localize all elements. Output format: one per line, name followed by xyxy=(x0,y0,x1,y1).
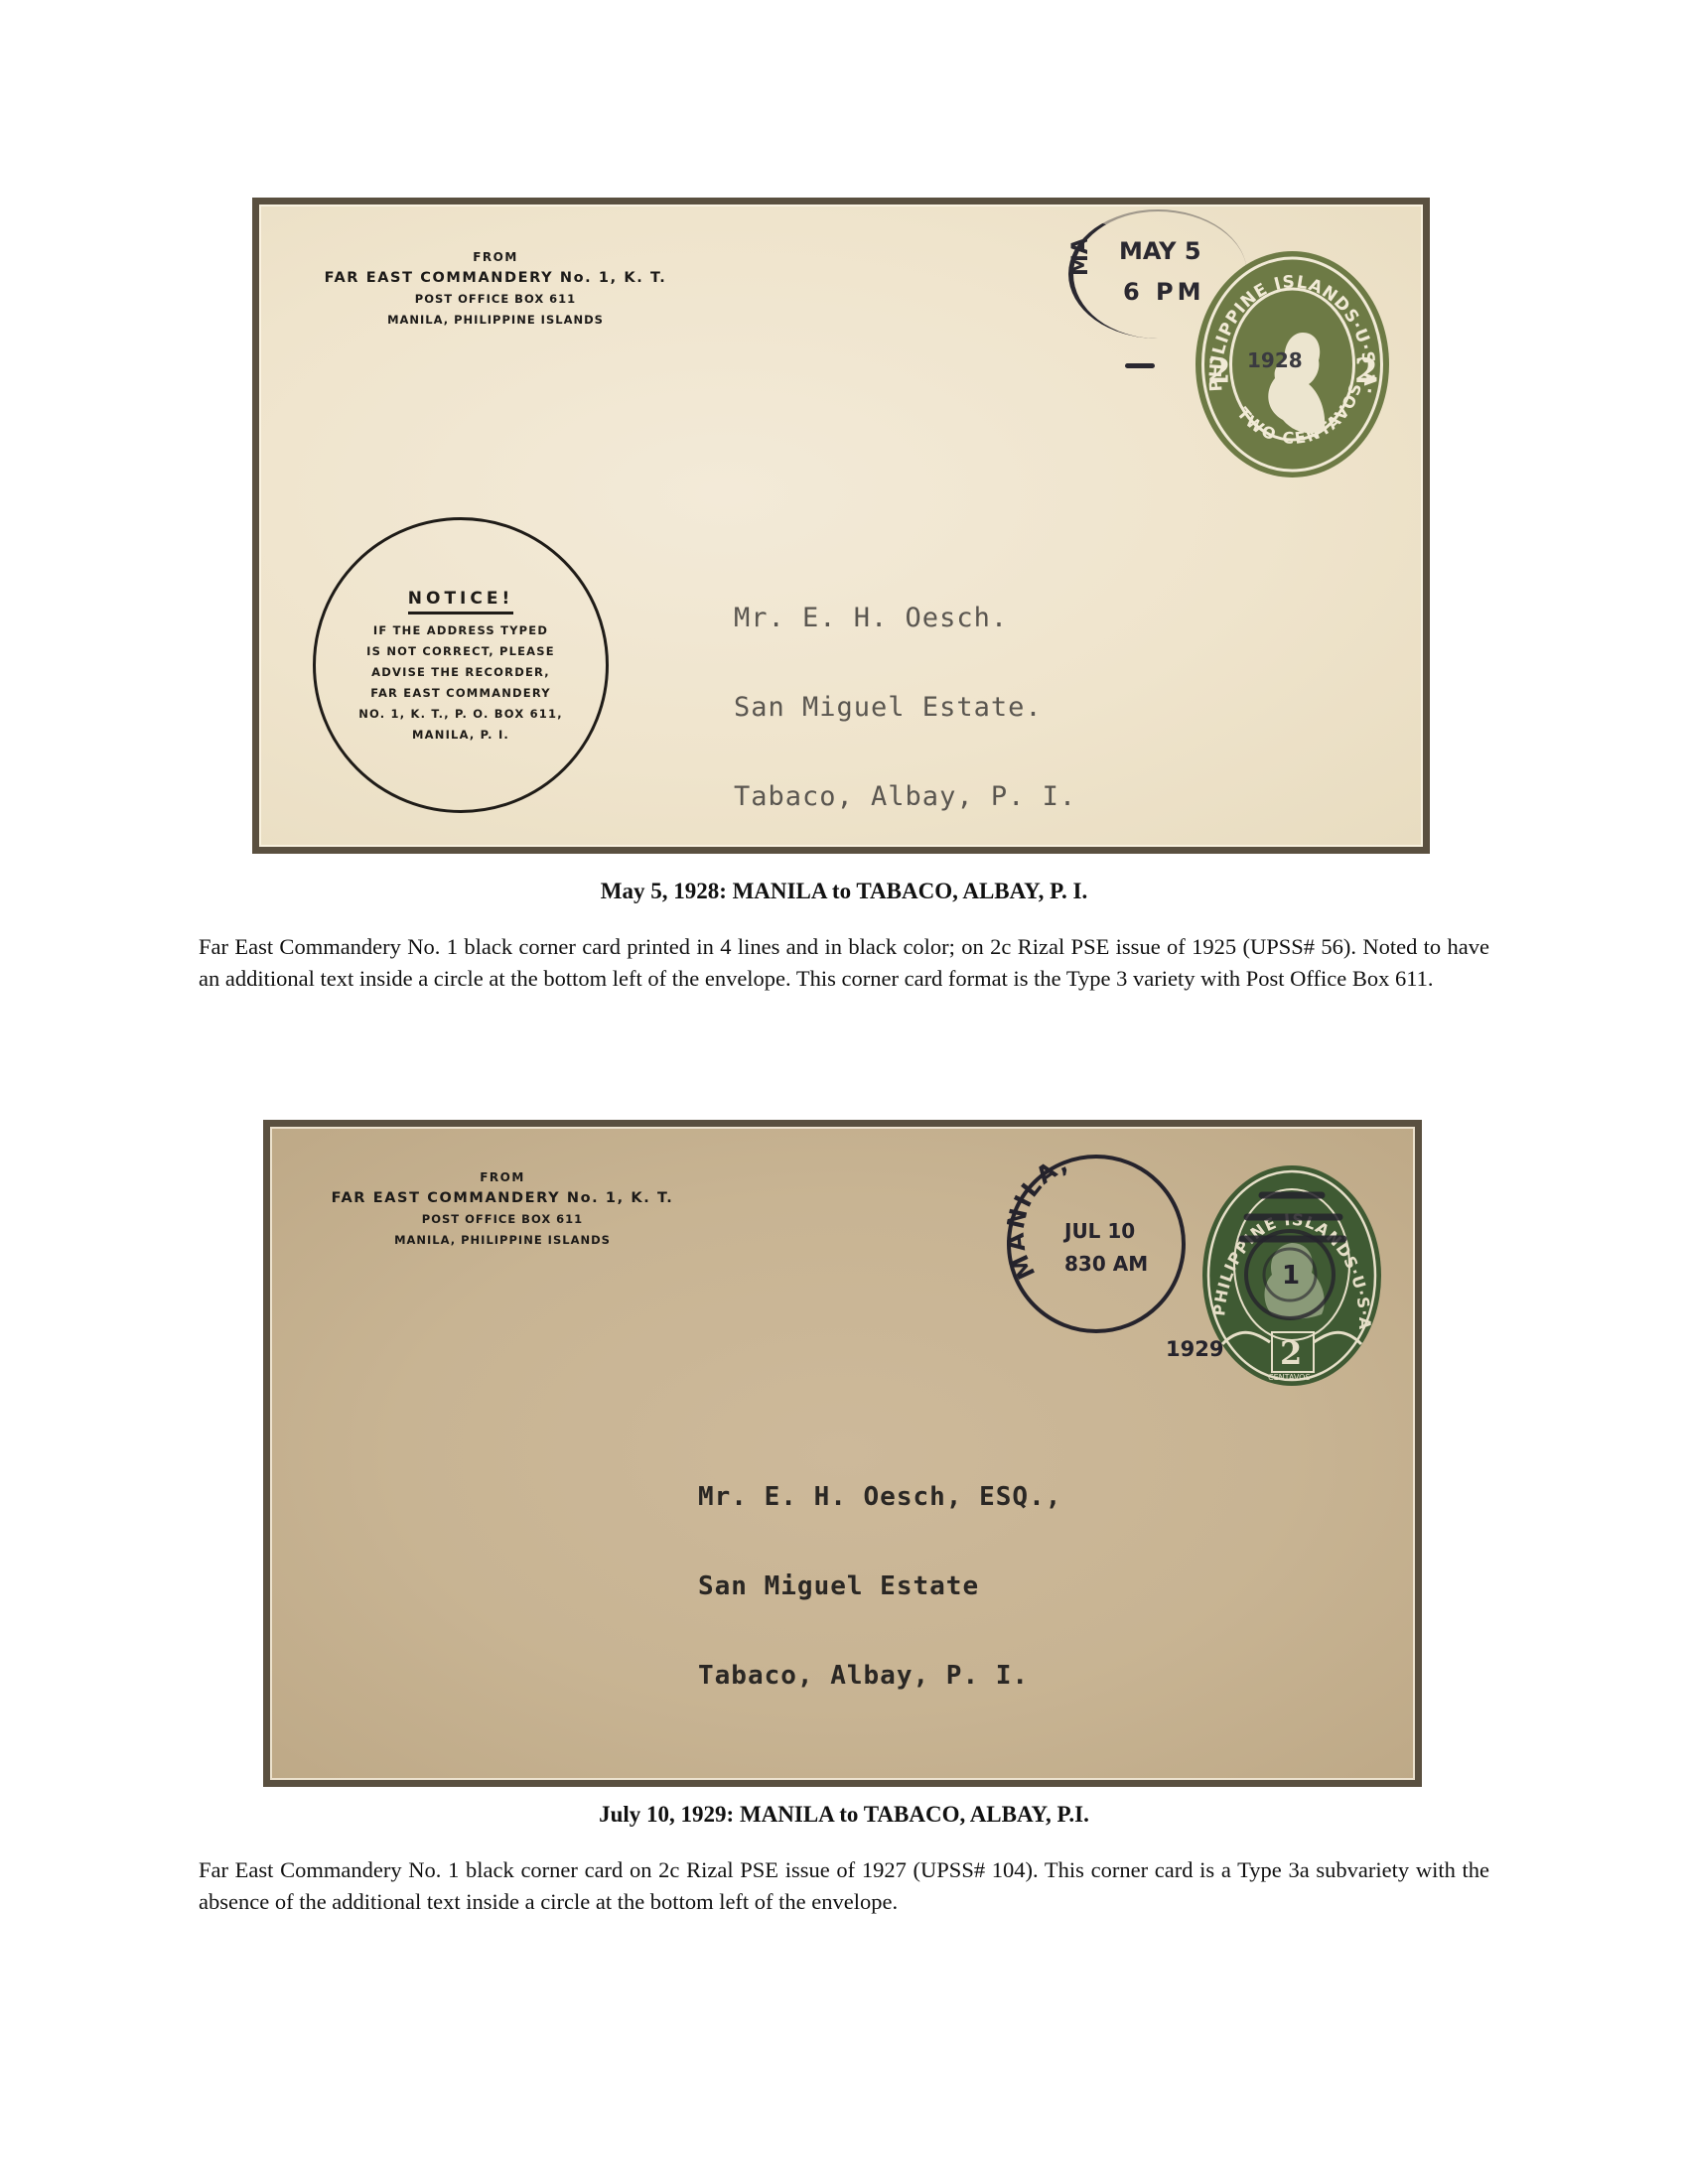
postmark-date: MAY 5 xyxy=(1119,237,1201,265)
stamp-denomination: 2 xyxy=(1280,1334,1302,1372)
notice-title: NOTICE! xyxy=(408,588,513,614)
notice-line: FAR EAST COMMANDERY xyxy=(316,683,606,704)
address-line: Tabaco, Albay, P. I. xyxy=(698,1661,1061,1691)
stamp-denomination-right: 2 xyxy=(1354,351,1378,391)
description-1928: Far East Commandery No. 1 black corner c… xyxy=(199,931,1489,995)
notice-lines: IF THE ADDRESS TYPED IS NOT CORRECT, PLE… xyxy=(316,620,606,746)
postmark-city: MANILA, xyxy=(1007,1155,1073,1284)
address-line: San Miguel Estate. xyxy=(734,693,1076,723)
address-line: Tabaco, Albay, P. I. xyxy=(734,782,1076,812)
corner-card-city: MANILA, PHILIPPINE ISLANDS xyxy=(297,310,694,331)
postmark-time: 830 AM xyxy=(1064,1252,1148,1276)
corner-card: FROM FAR EAST COMMANDERY No. 1, K. T. PO… xyxy=(297,247,694,331)
corner-card: FROM FAR EAST COMMANDERY No. 1, K. T. PO… xyxy=(304,1167,701,1251)
corner-card-city: MANILA, PHILIPPINE ISLANDS xyxy=(304,1230,701,1251)
corner-card-box: POST OFFICE BOX 611 xyxy=(304,1209,701,1230)
stamp-bottom-text: CENTAVOS xyxy=(1268,1373,1311,1382)
stamp-denomination-left: 2 xyxy=(1207,351,1231,391)
stamp-indicium: PHILIPPINE ISLANDS·U·S·A· 2 CENTAVOS 1 xyxy=(1202,1165,1381,1386)
notice-line: NO. 1, K. T., P. O. BOX 611, xyxy=(316,704,606,725)
corner-card-from: FROM xyxy=(297,247,694,268)
address-line: Mr. E. H. Oesch, ESQ., xyxy=(698,1482,1061,1512)
notice-line: IS NOT CORRECT, PLEASE xyxy=(316,641,606,662)
corner-card-organization: FAR EAST COMMANDERY No. 1, K. T. xyxy=(297,268,694,289)
caption-1928: May 5, 1928: MANILA to TABACO, ALBAY, P.… xyxy=(0,879,1688,904)
stamp-indicium: PHILIPPINE ISLANDS·U·S·A· TWO CENTAVOS 2… xyxy=(1196,251,1389,478)
envelope-image-1929: FROM FAR EAST COMMANDERY No. 1, K. T. PO… xyxy=(263,1120,1422,1787)
postmark-date: JUL 10 xyxy=(1064,1219,1135,1243)
description-1929: Far East Commandery No. 1 black corner c… xyxy=(199,1854,1489,1918)
svg-text:MANILA,: MANILA, xyxy=(1007,1155,1073,1284)
corner-card-from: FROM xyxy=(304,1167,701,1188)
address-line: Mr. E. H. Oesch. xyxy=(734,604,1076,633)
notice-circle: NOTICE! IF THE ADDRESS TYPED IS NOT CORR… xyxy=(313,517,609,813)
address-line: San Miguel Estate xyxy=(698,1571,1061,1601)
corner-card-box: POST OFFICE BOX 611 xyxy=(297,289,694,310)
cancel-number: 1 xyxy=(1282,1261,1300,1291)
corner-card-organization: FAR EAST COMMANDERY No. 1, K. T. xyxy=(304,1188,701,1209)
notice-line: IF THE ADDRESS TYPED xyxy=(316,620,606,641)
envelope-image-1928: FROM FAR EAST COMMANDERY No. 1, K. T. PO… xyxy=(252,198,1430,854)
postmark-city-arc: MANILA, xyxy=(1007,1155,1186,1333)
notice-line: ADVISE THE RECORDER, xyxy=(316,662,606,683)
recipient-address: Mr. E. H. Oesch, ESQ., San Miguel Estate… xyxy=(698,1423,1061,1750)
stamp-year-cancel: 1928 xyxy=(1247,348,1303,372)
postmark-city: MA xyxy=(1068,237,1093,276)
postmark-time: 6 PM xyxy=(1123,278,1205,306)
notice-line: MANILA, P. I. xyxy=(316,725,606,746)
caption-1929: July 10, 1929: MANILA to TABACO, ALBAY, … xyxy=(0,1802,1688,1828)
postmark-dash xyxy=(1125,363,1155,368)
recipient-address: Mr. E. H. Oesch. San Miguel Estate. Taba… xyxy=(734,544,1076,854)
